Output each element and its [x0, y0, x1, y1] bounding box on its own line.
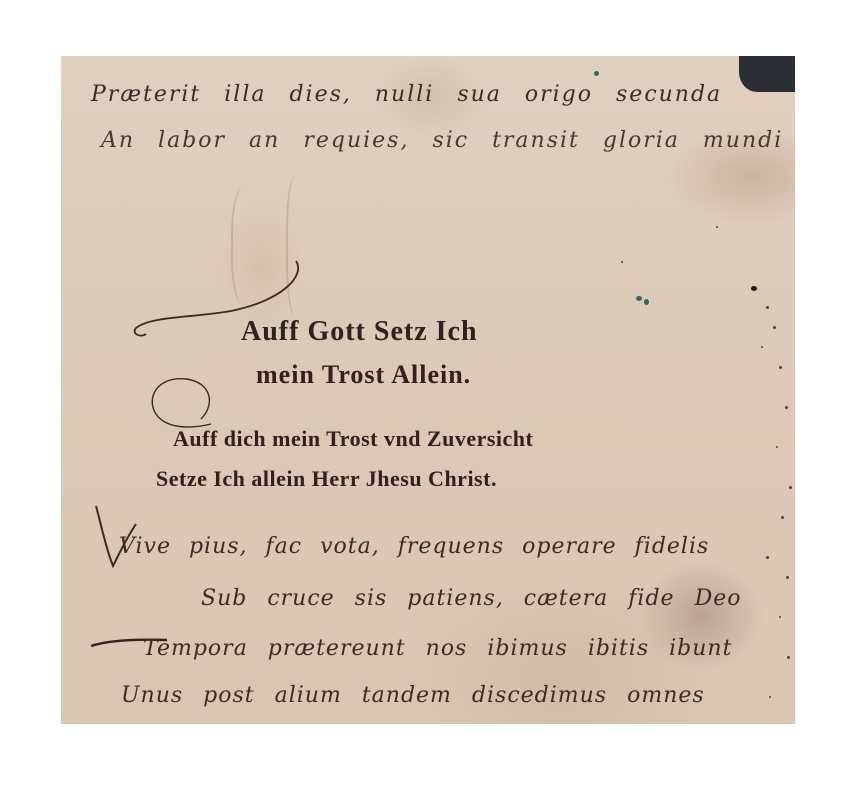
ink-speck: [751, 286, 757, 291]
green-ink-speck: [594, 71, 599, 76]
ink-speck: [779, 366, 782, 369]
motto-title-line-1: Auff Gott Setz Ich: [241, 316, 478, 348]
latin-verse-line-1: Vive pius, fac vota, frequens operare fi…: [119, 534, 709, 559]
ink-speck: [766, 556, 769, 559]
ink-speck: [785, 406, 788, 409]
latin-verse-line-4: Unus post alium tandem discedimus omnes: [121, 683, 705, 708]
ink-speck: [761, 346, 763, 348]
latin-verse-line-3: Tempora prætereunt nos ibimus ibitis ibu…: [143, 636, 732, 661]
latin-verse-line-2: Sub cruce sis patiens, cætera fide Deo: [201, 586, 741, 611]
green-ink-speck: [644, 299, 649, 305]
motto-body-line-2: Setze Ich allein Herr Jhesu Christ.: [156, 466, 497, 492]
ink-speck: [776, 446, 778, 448]
motto-title-line-2: mein Trost Allein.: [256, 360, 471, 390]
top-verse-line-2: An labor an requies, sic transit gloria …: [101, 128, 783, 153]
manuscript-page: Præterit illa dies, nulli sua origo secu…: [61, 56, 795, 724]
green-ink-speck: [636, 296, 642, 301]
top-verse-line-1: Præterit illa dies, nulli sua origo secu…: [91, 82, 722, 107]
ink-speck: [787, 656, 790, 659]
ink-speck: [766, 306, 769, 309]
ink-speck: [716, 226, 718, 228]
motto-body-line-1: Auff dich mein Trost vnd Zuversicht: [173, 426, 533, 452]
ink-speck: [769, 696, 771, 698]
ink-speck: [789, 486, 792, 489]
torn-corner: [739, 56, 795, 92]
ink-speck: [786, 576, 789, 579]
ink-speck: [779, 616, 781, 618]
ink-speck: [773, 326, 776, 329]
ink-speck: [781, 516, 784, 519]
ink-speck: [621, 261, 623, 263]
